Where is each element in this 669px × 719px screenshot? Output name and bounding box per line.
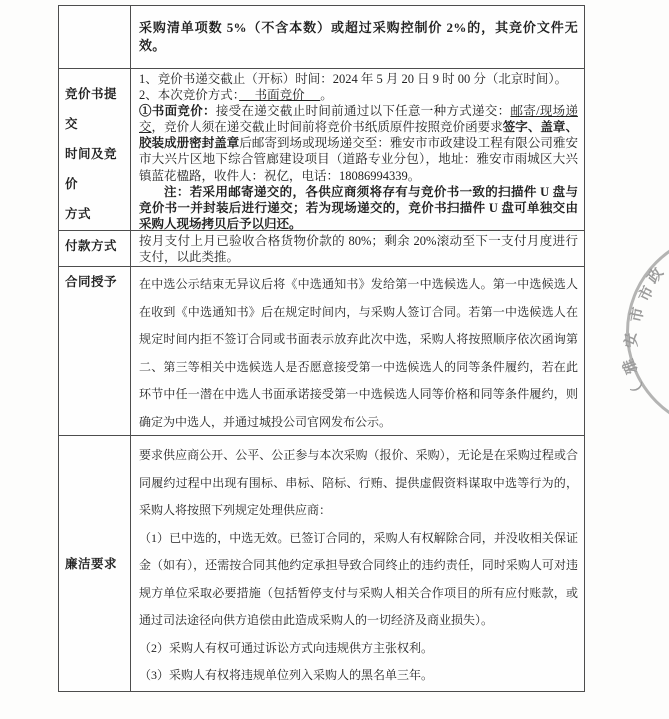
- procurement-notice-table: 采购清单项数 5%（不含本数）或超过采购控制价 2%的，其竞价文件无效。 竞价书…: [58, 5, 585, 692]
- row-label-contract-award: 合同授予: [59, 267, 131, 435]
- paragraph: 在中选公示结束无异议后将《中选通知书》发给第一中选候选人。第一中选候选人在收到《…: [139, 271, 578, 435]
- seal-char: 安: [622, 330, 642, 350]
- seal-char: 市: [627, 304, 648, 325]
- row-content: 采购清单项数 5%（不含本数）或超过采购控制价 2%的，其竞价文件无效。: [131, 6, 584, 68]
- seal-ring-icon: [626, 232, 669, 432]
- seal-char: 雅: [619, 354, 642, 377]
- paragraph: 1、竞价书递交截止（开标）时间：2024 年 5 月 20 日 9 时 00 分…: [139, 71, 578, 87]
- paragraph: （1）已中选的，中选无效。已签订合同的，采购人有权解除合同，并没收相关保证金（如…: [139, 525, 578, 635]
- seal-char: 政: [643, 263, 668, 288]
- seal-char: 市: [635, 282, 659, 306]
- row-label-empty: [59, 6, 131, 68]
- row-label-payment-method: 付款方式: [59, 231, 131, 266]
- table-row-invalid-bid-clause: 采购清单项数 5%（不含本数）或超过采购控制价 2%的，其竞价文件无效。: [59, 6, 584, 69]
- paragraph-note: 注：若采用邮寄递交的，各供应商须将存有与竞价书一致的扫描件 U 盘与竞价书一并封…: [139, 184, 578, 230]
- table-row-integrity-requirements: 廉洁要求 要求供应商公开、公平、公正参与本次采购（报价、采购），无论是在采购过程…: [59, 436, 584, 691]
- paragraph: 按月支付上月已验收合格货物价款的 80%；剩余 20%滚动至下一支付月度进行支付…: [139, 234, 578, 265]
- row-label-bid-submission: 竞价书提交 时间及竞价 方式: [59, 69, 131, 230]
- row-content: 要求供应商公开、公平、公正参与本次采购（报价、采购），无论是在采购过程或合同履约…: [131, 436, 584, 691]
- row-label-integrity-requirements: 廉洁要求: [59, 436, 131, 691]
- company-seal-stamp: 政 市 市 安 雅 （: [626, 232, 669, 432]
- row-content: 1、竞价书递交截止（开标）时间：2024 年 5 月 20 日 9 时 00 分…: [131, 69, 584, 230]
- table-row-payment-method: 付款方式 按月支付上月已验收合格货物价款的 80%；剩余 20%滚动至下一支付月…: [59, 231, 584, 267]
- paragraph: 要求供应商公开、公平、公正参与本次采购（报价、采购），无论是在采购过程或合同履约…: [139, 442, 578, 525]
- table-row-bid-submission: 竞价书提交 时间及竞价 方式 1、竞价书递交截止（开标）时间：2024 年 5 …: [59, 69, 584, 231]
- table-row-contract-award: 合同授予 在中选公示结束无异议后将《中选通知书》发给第一中选候选人。第一中选候选…: [59, 267, 584, 436]
- paragraph: （3）采购人有权将违规单位列入采购人的黑名单三年。: [139, 662, 578, 690]
- paragraph: 采购清单项数 5%（不含本数）或超过采购控制价 2%的，其竞价文件无效。: [139, 19, 578, 55]
- paragraph: ①书面竞价：接受在递交截止时间前通过以下任意一种方式递交：邮寄/现场递交，竞价人…: [139, 103, 578, 183]
- row-content: 在中选公示结束无异议后将《中选通知书》发给第一中选候选人。第一中选候选人在收到《…: [131, 267, 584, 435]
- paragraph: （2）采购人有权可通过诉讼方式向违规供方主张权利。: [139, 635, 578, 663]
- paragraph: 2、本次竞价方式： 书面竞价 。: [139, 87, 578, 103]
- row-content: 按月支付上月已验收合格货物价款的 80%；剩余 20%滚动至下一支付月度进行支付…: [131, 231, 584, 266]
- seal-char: （: [629, 378, 654, 403]
